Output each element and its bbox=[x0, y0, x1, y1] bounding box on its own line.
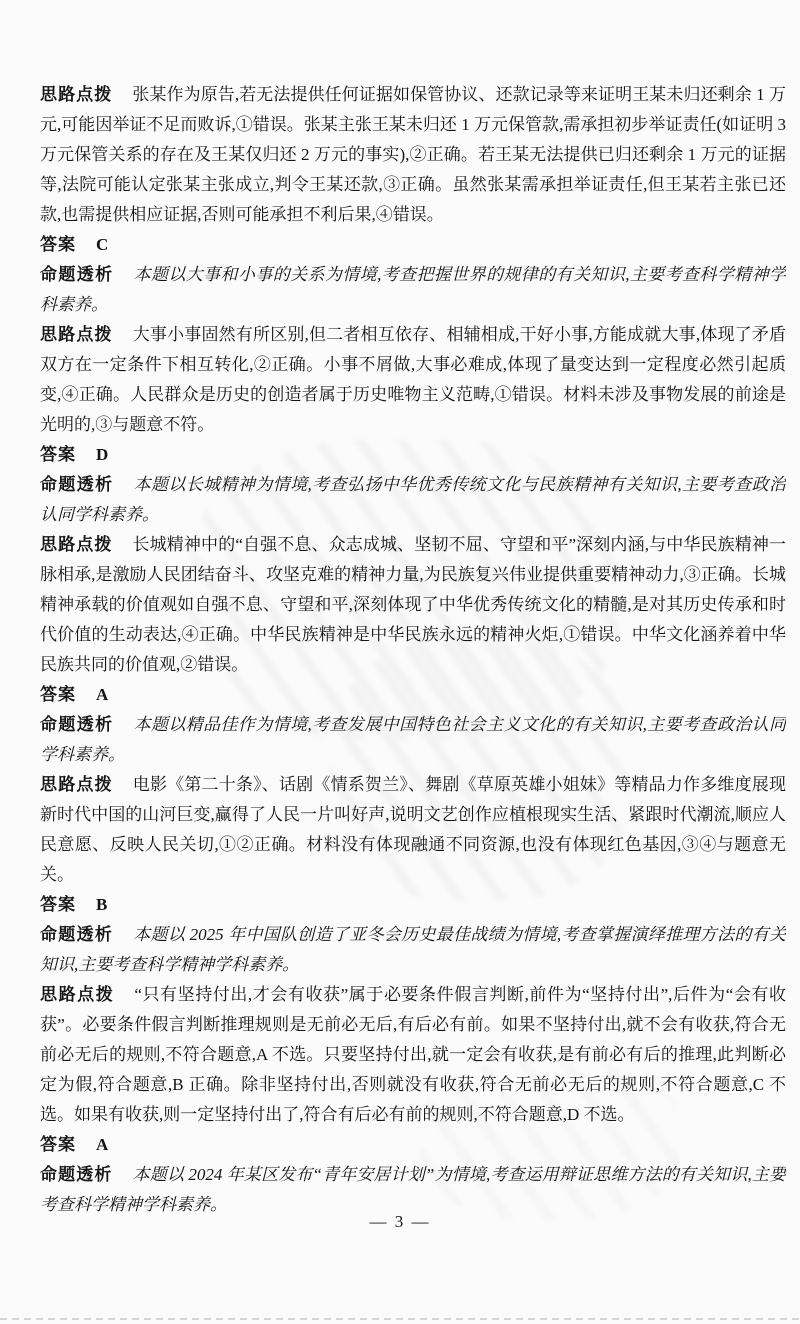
answer-line: 15.答案B bbox=[40, 890, 786, 920]
answer-label: 答案 bbox=[40, 235, 76, 254]
analysis-paragraph: 命题透析本题以 2025 年中国队创造了亚冬会历史最佳战绩为情境,考查掌握演绎推… bbox=[40, 920, 786, 980]
question-12-block: 12.答案C 命题透析本题以大事和小事的关系为情境,考查把握世界的规律的有关知识… bbox=[40, 230, 786, 440]
answer-letter: A bbox=[96, 1135, 108, 1154]
guide-label: 思路点拨 bbox=[40, 535, 113, 554]
analysis-paragraph: 命题透析本题以长城精神为情境,考查弘扬中华优秀传统文化与民族精神有关知识,主要考… bbox=[40, 470, 786, 530]
answer-line: 14.答案A bbox=[40, 680, 786, 710]
answer-letter: B bbox=[96, 895, 107, 914]
answer-line: 13.答案D bbox=[40, 440, 786, 470]
guide-text: “只有坚持付出,才会有收获”属于必要条件假言判断,前件为“坚持付出”,后件为“会… bbox=[40, 985, 786, 1124]
analysis-text: 本题以大事和小事的关系为情境,考查把握世界的规律的有关知识,主要考查科学精神学科… bbox=[40, 265, 786, 314]
analysis-text: 本题以 2025 年中国队创造了亚冬会历史最佳战绩为情境,考查掌握演绎推理方法的… bbox=[40, 925, 786, 974]
guide-label: 思路点拨 bbox=[40, 85, 112, 104]
analysis-text: 本题以长城精神为情境,考查弘扬中华优秀传统文化与民族精神有关知识,主要考查政治认… bbox=[40, 475, 786, 524]
analysis-label: 命题透析 bbox=[40, 265, 114, 284]
answer-label: 答案 bbox=[40, 445, 76, 464]
question-16-block: 16.答案A 命题透析本题以 2024 年某区发布“青年安居计划”为情境,考查运… bbox=[40, 1130, 786, 1214]
guide-paragraph: 思路点拨电影《第二十条》、话剧《情系贺兰》、舞剧《草原英雄小姐妹》等精品力作多维… bbox=[40, 770, 786, 890]
page-bottom-scan-edge bbox=[0, 1318, 800, 1320]
analysis-paragraph: 命题透析本题以 2024 年某区发布“青年安居计划”为情境,考查运用辩证思维方法… bbox=[40, 1160, 786, 1214]
guide-paragraph: 思路点拨大事小事固然有所区别,但二者相互依存、相辅相成,干好小事,方能成就大事,… bbox=[40, 320, 786, 440]
answer-explanations: 思路点拨张某作为原告,若无法提供任何证据如保管协议、还款记录等来证明王某未归还剩… bbox=[40, 80, 786, 1214]
answer-line: 16.答案A bbox=[40, 1130, 786, 1160]
guide-text: 电影《第二十条》、话剧《情系贺兰》、舞剧《草原英雄小姐妹》等精品力作多维度展现新… bbox=[40, 775, 786, 884]
analysis-label: 命题透析 bbox=[40, 475, 114, 494]
guide-paragraph: 思路点拨长城精神中的“自强不息、众志成城、坚韧不屈、守望和平”深刻内涵,与中华民… bbox=[40, 530, 786, 680]
answer-letter: C bbox=[96, 235, 108, 254]
question-15-block: 15.答案B 命题透析本题以 2025 年中国队创造了亚冬会历史最佳战绩为情境,… bbox=[40, 890, 786, 1130]
guide-text: 大事小事固然有所区别,但二者相互依存、相辅相成,干好小事,方能成就大事,体现了矛… bbox=[40, 325, 786, 434]
answer-label: 答案 bbox=[40, 1135, 76, 1154]
answer-line: 12.答案C bbox=[40, 230, 786, 260]
guide-text: 长城精神中的“自强不息、众志成城、坚韧不屈、守望和平”深刻内涵,与中华民族精神一… bbox=[40, 535, 786, 674]
answer-letter: A bbox=[96, 685, 108, 704]
guide-paragraph: 思路点拨张某作为原告,若无法提供任何证据如保管协议、还款记录等来证明王某未归还剩… bbox=[40, 80, 786, 230]
exam-answer-sheet-page: 思路点拨张某作为原告,若无法提供任何证据如保管协议、还款记录等来证明王某未归还剩… bbox=[0, 0, 800, 1324]
analysis-label: 命题透析 bbox=[40, 715, 114, 734]
guide-paragraph: 思路点拨“只有坚持付出,才会有收获”属于必要条件假言判断,前件为“坚持付出”,后… bbox=[40, 980, 786, 1130]
answer-label: 答案 bbox=[40, 685, 76, 704]
analysis-text: 本题以精品佳作为情境,考查发展中国特色社会主义文化的有关知识,主要考查政治认同学… bbox=[40, 715, 786, 764]
question-11-continuation: 思路点拨张某作为原告,若无法提供任何证据如保管协议、还款记录等来证明王某未归还剩… bbox=[40, 80, 786, 230]
guide-label: 思路点拨 bbox=[40, 325, 113, 344]
analysis-paragraph: 命题透析本题以大事和小事的关系为情境,考查把握世界的规律的有关知识,主要考查科学… bbox=[40, 260, 786, 320]
guide-label: 思路点拨 bbox=[40, 985, 114, 1004]
analysis-label: 命题透析 bbox=[40, 925, 113, 944]
analysis-label: 命题透析 bbox=[40, 1165, 113, 1184]
answer-letter: D bbox=[96, 445, 108, 464]
guide-text: 张某作为原告,若无法提供任何证据如保管协议、还款记录等来证明王某未归还剩余 1 … bbox=[40, 85, 786, 224]
question-14-block: 14.答案A 命题透析本题以精品佳作为情境,考查发展中国特色社会主义文化的有关知… bbox=[40, 680, 786, 890]
page-number-footer: — 3 — bbox=[0, 1207, 800, 1237]
answer-label: 答案 bbox=[40, 895, 76, 914]
question-13-block: 13.答案D 命题透析本题以长城精神为情境,考查弘扬中华优秀传统文化与民族精神有… bbox=[40, 440, 786, 680]
guide-label: 思路点拨 bbox=[40, 775, 113, 794]
analysis-paragraph: 命题透析本题以精品佳作为情境,考查发展中国特色社会主义文化的有关知识,主要考查政… bbox=[40, 710, 786, 770]
